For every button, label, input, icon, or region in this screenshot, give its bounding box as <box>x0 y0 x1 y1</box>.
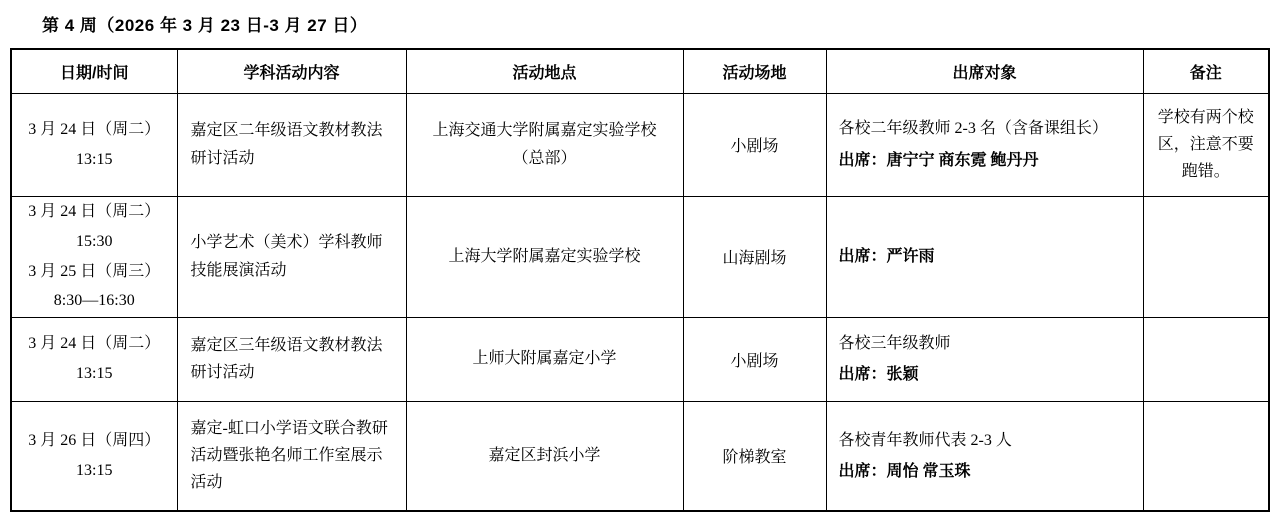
cell-date: 3 月 24 日（周二） 15:30 3 月 25 日（周三） 8:30—16:… <box>11 196 177 317</box>
cell-activity: 嘉定-虹口小学语文联合教研活动暨张艳名师工作室展示活动 <box>177 401 406 511</box>
location-line: 嘉定区封浜小学 <box>415 442 675 469</box>
cell-venue: 阶梯教室 <box>683 401 826 511</box>
cell-date: 3 月 24 日（周二） 13:15 <box>11 93 177 196</box>
date-line: 3 月 25 日（周三） <box>16 257 173 287</box>
time-line: 15:30 <box>16 227 173 257</box>
cell-activity: 嘉定区三年级语文教材教法研讨活动 <box>177 317 406 401</box>
attendee-names: 出席：唐宁宁 商东霓 鲍丹丹 <box>839 145 1137 176</box>
cell-activity: 小学艺术（美术）学科教师技能展演活动 <box>177 196 406 317</box>
date-line: 3 月 24 日（周二） <box>16 329 173 359</box>
header-row: 日期/时间 学科活动内容 活动地点 活动场地 出席对象 备注 <box>11 49 1269 93</box>
attendee-description: 各校青年教师代表 2-3 人 <box>839 425 1137 456</box>
cell-location: 上师大附属嘉定小学 <box>406 317 683 401</box>
table-row: 3 月 24 日（周二） 13:15 嘉定区三年级语文教材教法研讨活动 上师大附… <box>11 317 1269 401</box>
cell-attendees: 各校二年级教师 2-3 名（含备课组长） 出席：唐宁宁 商东霓 鲍丹丹 <box>826 93 1143 196</box>
cell-location: 上海交通大学附属嘉定实验学校 （总部） <box>406 93 683 196</box>
schedule-table: 日期/时间 学科活动内容 活动地点 活动场地 出席对象 备注 3 月 24 日（… <box>10 48 1270 512</box>
cell-date: 3 月 26 日（周四） 13:15 <box>11 401 177 511</box>
attendee-description: 各校二年级教师 2-3 名（含备课组长） <box>839 113 1137 144</box>
cell-venue: 小剧场 <box>683 93 826 196</box>
location-line: 上海交通大学附属嘉定实验学校 <box>415 117 675 144</box>
time-line: 8:30—16:30 <box>16 286 173 316</box>
cell-attendees: 出席：严许雨 <box>826 196 1143 317</box>
table-row: 3 月 24 日（周二） 13:15 嘉定区二年级语文教材教法研讨活动 上海交通… <box>11 93 1269 196</box>
col-header-venue: 活动场地 <box>683 49 826 93</box>
document-page: 第 4 周（2026 年 3 月 23 日-3 月 27 日） 日期/时间 学科… <box>0 0 1279 532</box>
table-row: 3 月 24 日（周二） 15:30 3 月 25 日（周三） 8:30—16:… <box>11 196 1269 317</box>
cell-remark <box>1143 317 1269 401</box>
cell-remark: 学校有两个校区，注意不要跑错。 <box>1143 93 1269 196</box>
cell-attendees: 各校青年教师代表 2-3 人 出席：周怡 常玉珠 <box>826 401 1143 511</box>
attendee-names: 出席：周怡 常玉珠 <box>839 456 1137 487</box>
cell-date: 3 月 24 日（周二） 13:15 <box>11 317 177 401</box>
time-line: 13:15 <box>16 359 173 389</box>
attendee-description: 各校三年级教师 <box>839 328 1137 359</box>
page-title: 第 4 周（2026 年 3 月 23 日-3 月 27 日） <box>42 11 367 36</box>
col-header-date: 日期/时间 <box>11 49 177 93</box>
date-line: 3 月 26 日（周四） <box>16 426 173 456</box>
location-line: 上海大学附属嘉定实验学校 <box>415 243 675 270</box>
date-line: 3 月 24 日（周二） <box>16 115 173 145</box>
time-line: 13:15 <box>16 145 173 175</box>
col-header-activity: 学科活动内容 <box>177 49 406 93</box>
date-line: 3 月 24 日（周二） <box>16 197 173 227</box>
cell-attendees: 各校三年级教师 出席：张颖 <box>826 317 1143 401</box>
cell-activity: 嘉定区二年级语文教材教法研讨活动 <box>177 93 406 196</box>
attendee-names: 出席：张颖 <box>839 359 1137 390</box>
attendee-names: 出席：严许雨 <box>839 241 1137 272</box>
cell-location: 上海大学附属嘉定实验学校 <box>406 196 683 317</box>
time-line: 13:15 <box>16 456 173 486</box>
cell-location: 嘉定区封浜小学 <box>406 401 683 511</box>
cell-venue: 山海剧场 <box>683 196 826 317</box>
cell-venue: 小剧场 <box>683 317 826 401</box>
cell-remark <box>1143 401 1269 511</box>
cell-remark <box>1143 196 1269 317</box>
location-line: （总部） <box>415 145 675 172</box>
col-header-location: 活动地点 <box>406 49 683 93</box>
location-line: 上师大附属嘉定小学 <box>415 345 675 372</box>
col-header-remark: 备注 <box>1143 49 1269 93</box>
table-row: 3 月 26 日（周四） 13:15 嘉定-虹口小学语文联合教研活动暨张艳名师工… <box>11 401 1269 511</box>
col-header-attendees: 出席对象 <box>826 49 1143 93</box>
